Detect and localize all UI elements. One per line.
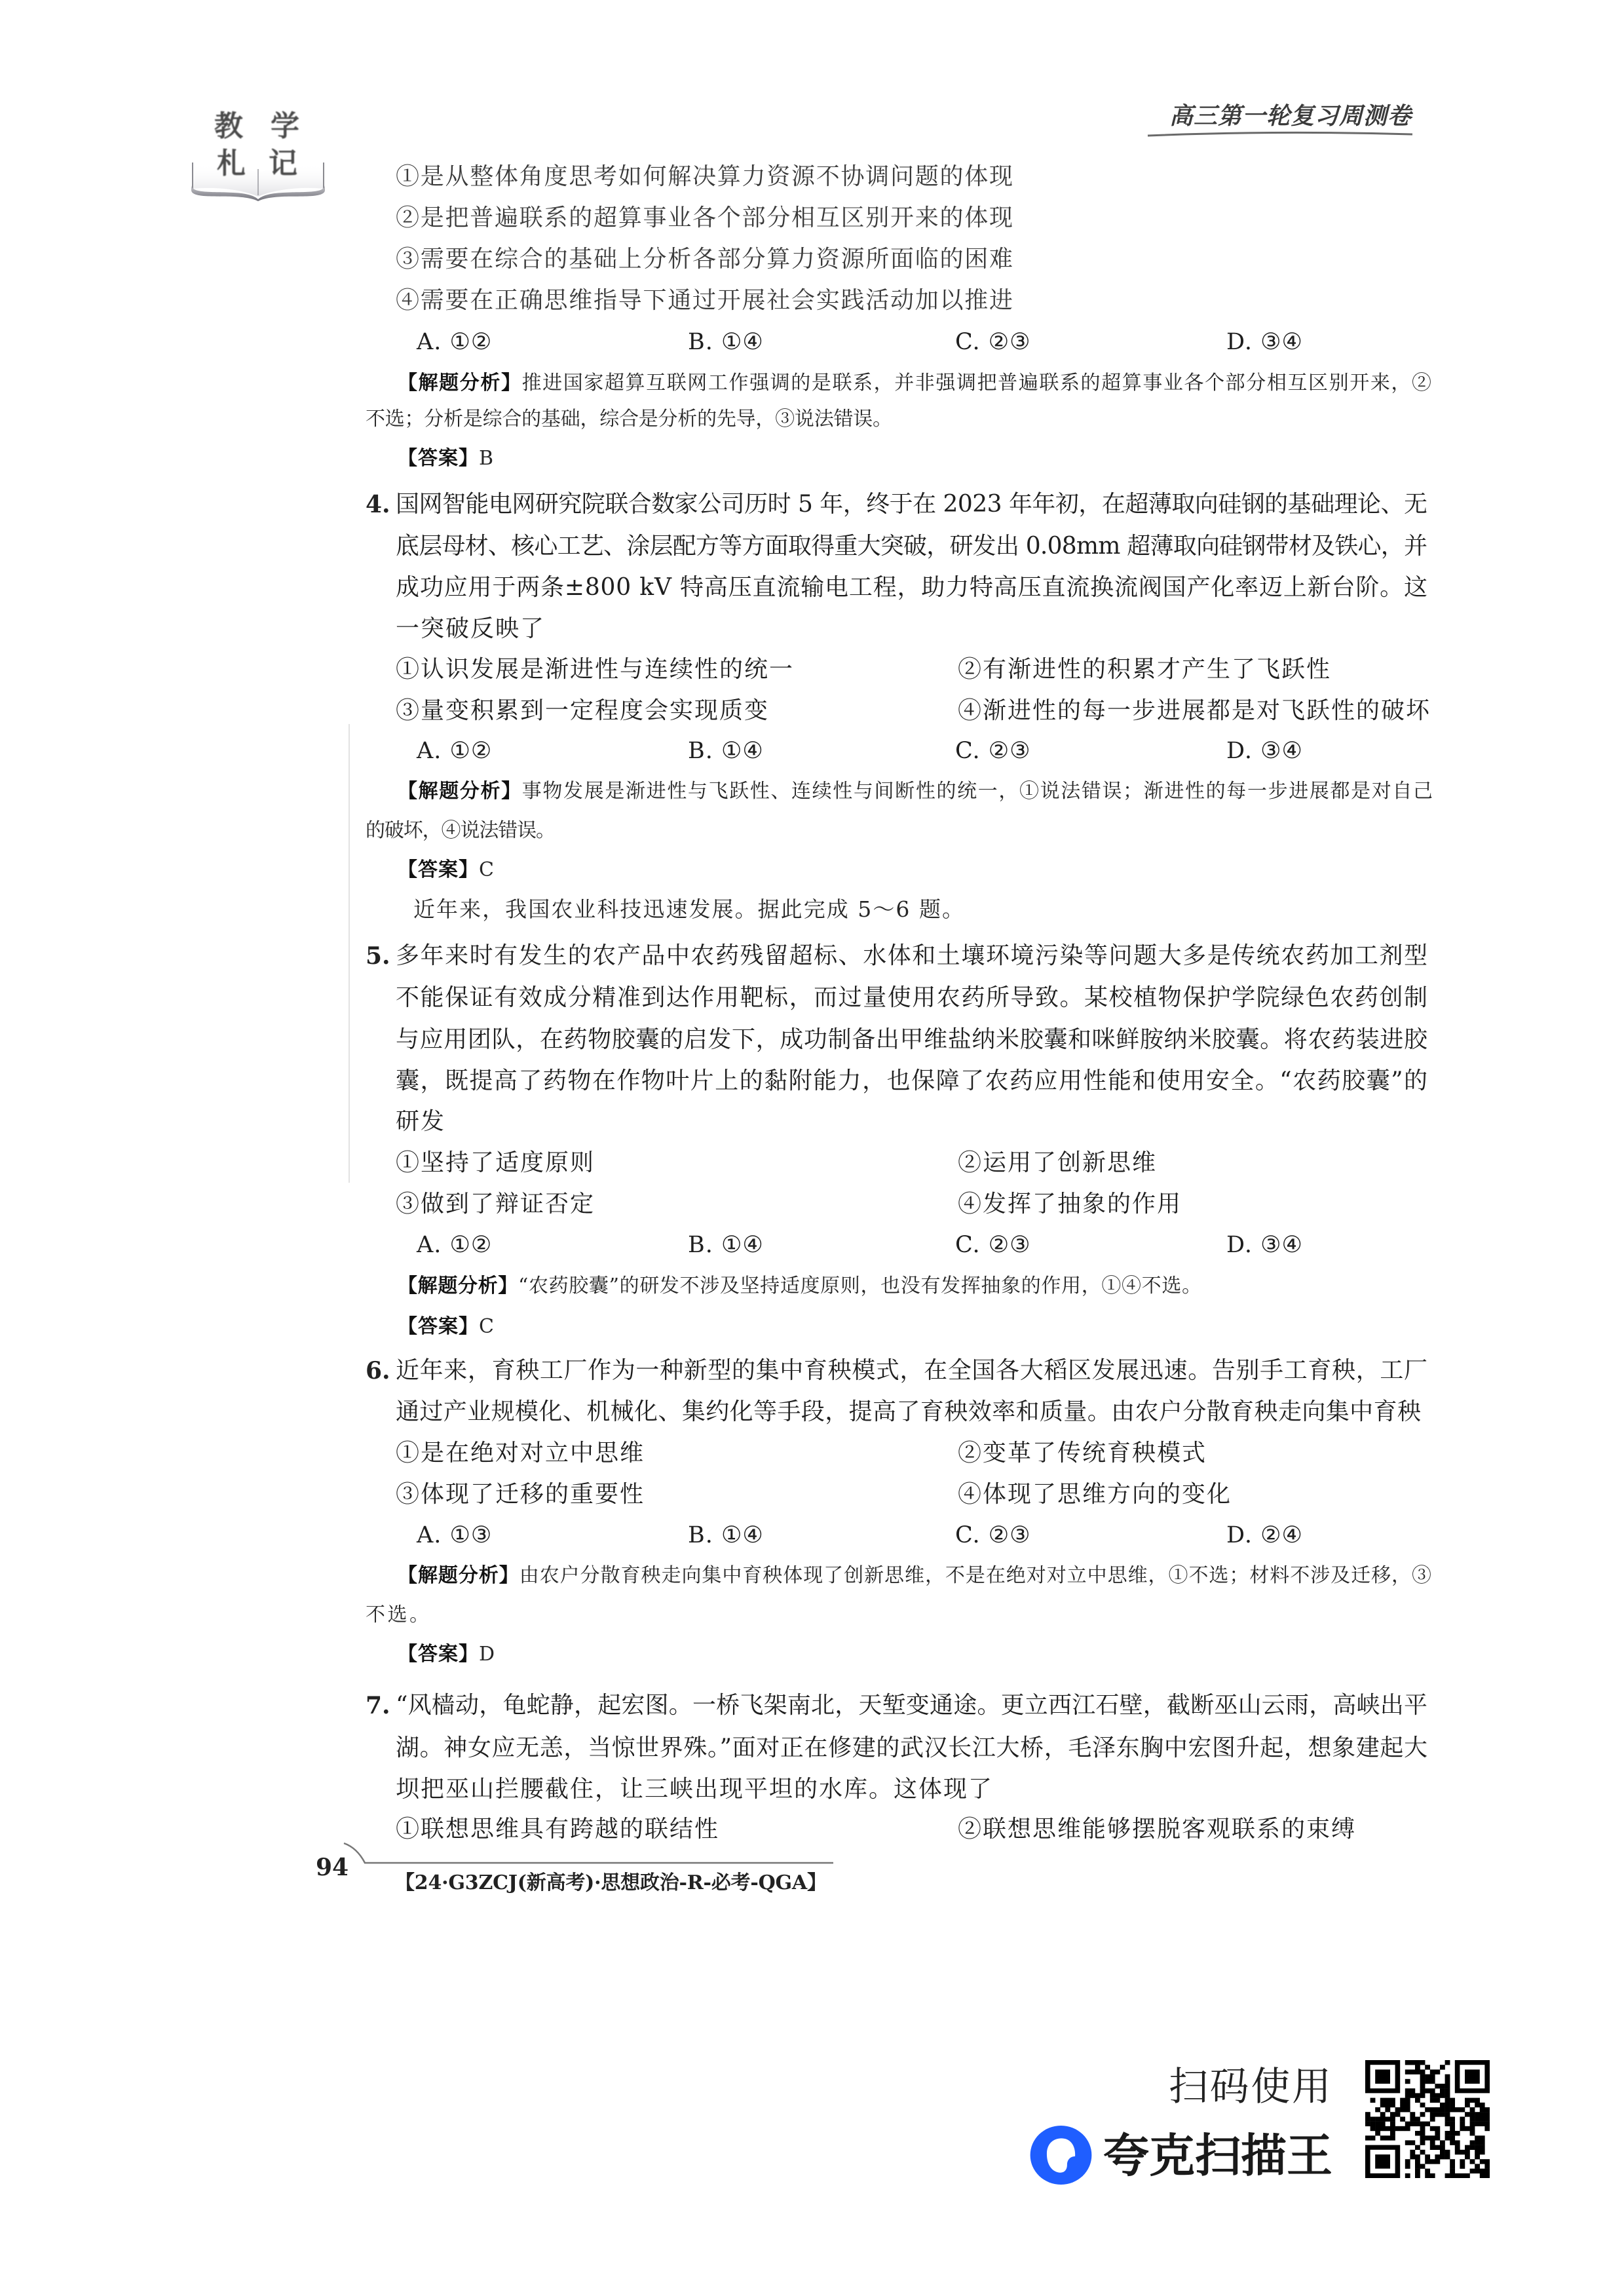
stem-line-3: 成功应用于两条±800 kV 特高压直流输电工程，助力特高压直流换流阀国产化率迈…	[396, 571, 1428, 604]
answer-value: B	[479, 447, 494, 470]
logo-char-ji: 记	[269, 149, 297, 179]
analysis-label: 【解题分析】	[398, 1274, 518, 1297]
open-book-icon	[187, 109, 329, 202]
question-number: 5.	[366, 940, 390, 972]
group-intro: 近年来，我国农业科技迅速发展。据此完成 5～6 题。	[413, 893, 965, 926]
footer-code: 【24·G3ZCJ(新高考)·思想政治-R-必考-QGA】	[395, 1867, 827, 1900]
answer: 【答案】D	[398, 1638, 495, 1671]
answer-label: 【答案】	[398, 858, 479, 881]
analysis-line-1: 【解题分析】推进国家超算互联网工作强调的是联系，并非强调把普遍联系的超算事业各个…	[398, 367, 1433, 400]
choice-a: A. ①②	[417, 326, 492, 358]
option-2: ②变革了传统育秧模式	[958, 1437, 1207, 1470]
stem-line-3: 坝把巫山拦腰截住，让三峡出现平坦的水库。这体现了	[396, 1773, 993, 1806]
option-4: ④需要在正确思维指导下通过开展社会实践活动加以推进	[396, 284, 1014, 317]
option-3: ③需要在综合的基础上分析各部分算力资源所面临的困难	[396, 243, 1014, 276]
page-number: 94	[316, 1851, 349, 1884]
stem-line-2: 底层母材、核心工艺、涂层配方等方面取得重大突破，研发出 0.08mm 超薄取向硅…	[396, 530, 1427, 563]
stem-line-1: 国网智能电网研究院联合数家公司历时 5 年，终于在 2023 年年初，在超薄取向…	[396, 488, 1427, 521]
analysis-line-1: 【解题分析】由农户分散育秧走向集中育秧体现了创新思维，不是在绝对对立中思维，①不…	[398, 1559, 1432, 1592]
choice-c: C. ②③	[955, 735, 1031, 767]
header-underline	[1145, 128, 1415, 139]
option-3: ③体现了迁移的重要性	[396, 1478, 645, 1511]
option-1: ①是在绝对对立中思维	[396, 1437, 645, 1470]
qr-code	[1365, 2060, 1490, 2178]
stem-line-4: 囊，既提高了药物在作物叶片上的黏附能力，也保障了农药应用性能和使用安全。“农药胶…	[396, 1065, 1428, 1098]
answer-label: 【答案】	[398, 1643, 479, 1666]
answer: 【答案】C	[398, 1311, 495, 1343]
running-header-title: 高三第一轮复习周测卷	[1169, 100, 1412, 132]
answer: 【答案】B	[398, 442, 494, 475]
question-number: 4.	[366, 488, 390, 521]
option-1: ①认识发展是渐进性与连续性的统一	[396, 653, 794, 686]
stem-line-2: 不能保证有效成分精准到达作用靶标，而过量使用农药所导致。某校植物保护学院绿色农药…	[396, 982, 1429, 1014]
option-3: ③量变积累到一定程度会实现质变	[396, 695, 769, 727]
choice-a: A. ①②	[417, 735, 492, 767]
logo-char-zha: 札	[217, 149, 246, 179]
analysis-label: 【解题分析】	[398, 780, 522, 803]
choice-c: C. ②③	[955, 1519, 1031, 1552]
analysis-line-2: 的破坏，④说法错误。	[366, 814, 555, 847]
choice-b: B. ①④	[688, 326, 764, 358]
option-2: ②联想思维能够摆脱客观联系的束缚	[958, 1813, 1356, 1846]
option-1: ①是从整体角度思考如何解决算力资源不协调问题的体现	[396, 161, 1014, 193]
option-3: ③做到了辩证否定	[396, 1188, 595, 1221]
stem-line-5: 研发	[396, 1105, 445, 1138]
answer-value: D	[479, 1643, 495, 1666]
analysis-text: “农药胶囊”的研发不涉及坚持适度原则，也没有发挥抽象的作用，①④不选。	[518, 1274, 1202, 1297]
option-1: ①坚持了适度原则	[396, 1147, 595, 1179]
stem-line-3: 与应用团队，在药物胶囊的启发下，成功制备出甲维盐纳米胶囊和咪鲜胺纳米胶囊。将农药…	[396, 1024, 1428, 1056]
option-4: ④渐进性的每一步进展都是对飞跃性的破坏	[958, 695, 1431, 727]
stem-line-2: 通过产业规模化、机械化、集约化等手段，提高了育秧效率和质量。由农户分散育秧走向集…	[396, 1396, 1421, 1428]
analysis-text: 事物发展是渐进性与飞跃性、连续性与间断性的统一，①说法错误；渐进性的每一步进展都…	[522, 780, 1434, 803]
logo-char-xue: 学	[271, 111, 299, 142]
choice-d: D. ③④	[1226, 1229, 1303, 1261]
choice-a: A. ①③	[417, 1519, 492, 1552]
choice-b: B. ①④	[688, 1519, 764, 1552]
question-number: 7.	[366, 1689, 390, 1722]
quark-logo-icon	[1030, 2126, 1092, 2185]
stem-line-1: 多年来时有发生的农产品中农药残留超标、水体和土壤环境污染等问题大多是传统农药加工…	[396, 940, 1429, 972]
analysis-line-2: 不选。	[366, 1599, 432, 1632]
option-2: ②运用了创新思维	[958, 1147, 1157, 1179]
brand-name: 夸克扫描王	[1103, 2130, 1332, 2182]
choice-d: D. ③④	[1226, 326, 1303, 358]
option-2: ②有渐进性的积累才产生了飞跃性	[958, 653, 1331, 686]
choice-c: C. ②③	[955, 1229, 1031, 1261]
analysis-text: 由农户分散育秧走向集中育秧体现了创新思维，不是在绝对对立中思维，①不选；材料不涉…	[519, 1564, 1432, 1587]
stem-line-1: “风樯动，龟蛇静，起宏图。一桥飞架南北，天堑变通途。更立西江石壁，截断巫山云雨，…	[396, 1689, 1427, 1722]
answer-value: C	[479, 1315, 495, 1338]
answer-value: C	[479, 858, 495, 881]
scan-to-use-label: 扫码使用	[1169, 2064, 1333, 2110]
scan-artifact-line	[349, 724, 350, 1183]
stem-line-4: 一突破反映了	[396, 613, 545, 645]
answer-label: 【答案】	[398, 1315, 479, 1338]
choice-c: C. ②③	[955, 326, 1031, 358]
choice-a: A. ①②	[417, 1229, 492, 1261]
stem-line-1: 近年来，育秧工厂作为一种新型的集中育秧模式，在全国各大稻区发展迅速。告别手工育秧…	[396, 1354, 1428, 1387]
analysis-line-2: 不选；分析是综合的基础，综合是分析的先导，③说法错误。	[366, 403, 892, 436]
choice-d: D. ③④	[1226, 735, 1303, 767]
choice-b: B. ①④	[688, 1229, 764, 1261]
footer-rule	[341, 1839, 839, 1867]
analysis-label: 【解题分析】	[398, 1564, 519, 1587]
stem-line-2: 湖。神女应无恙，当惊世界殊。”面对正在修建的武汉长江大桥，毛泽东胸中宏图升起，想…	[396, 1732, 1428, 1765]
logo-char-jiao: 教	[214, 111, 243, 142]
answer-label: 【答案】	[398, 447, 479, 470]
option-4: ④发挥了抽象的作用	[958, 1188, 1182, 1221]
teaching-notes-logo: 教 学 札 记	[187, 109, 329, 202]
choice-b: B. ①④	[688, 735, 764, 767]
option-2: ②是把普遍联系的超算事业各个部分相互区别开来的体现	[396, 202, 1014, 235]
question-number: 6.	[366, 1354, 390, 1387]
analysis-line-1: 【解题分析】“农药胶囊”的研发不涉及坚持适度原则，也没有发挥抽象的作用，①④不选…	[398, 1270, 1202, 1303]
answer: 【答案】C	[398, 854, 495, 887]
analysis-line-1: 【解题分析】事物发展是渐进性与飞跃性、连续性与间断性的统一，①说法错误；渐进性的…	[398, 775, 1434, 808]
analysis-text: 推进国家超算互联网工作强调的是联系，并非强调把普遍联系的超算事业各个部分相互区别…	[522, 372, 1433, 394]
analysis-label: 【解题分析】	[398, 372, 522, 394]
choice-d: D. ②④	[1226, 1519, 1303, 1552]
option-4: ④体现了思维方向的变化	[958, 1478, 1232, 1511]
